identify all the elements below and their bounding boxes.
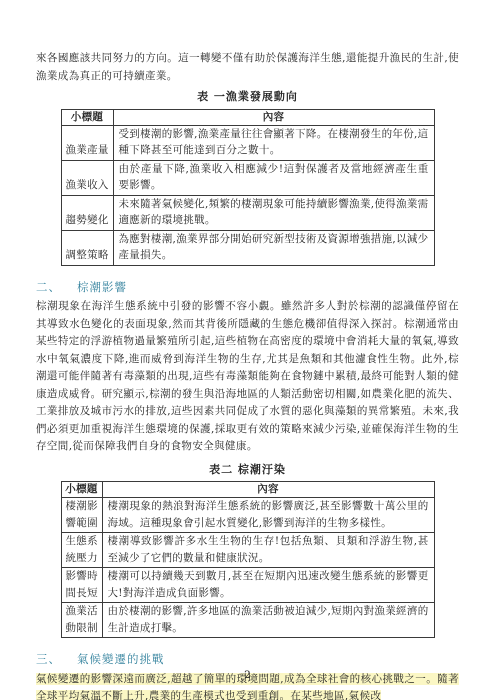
section2-number: 二、 bbox=[36, 280, 61, 294]
table1-title: 表 一漁業發展動向 bbox=[36, 88, 459, 106]
section2-paragraph: 棕潮現象在海洋生態系統中引發的影響不容小覷。雖然許多人對於棕潮的認識僅停留在其導… bbox=[36, 298, 459, 456]
table1-row1-label: 漁業產量 bbox=[61, 125, 113, 160]
table-row: 影響時間長短 棲潮可以持續幾天到數月,甚至在短期內迅速改變生態系統的影響更大!對… bbox=[61, 568, 434, 603]
table1-header-subtitle: 小標題 bbox=[61, 109, 113, 125]
table-row: 漁業產量 受到棲潮的影響,漁業產量往往會顯著下降。在棲潮發生的年份,這種下降甚至… bbox=[61, 125, 434, 160]
page-number: 2 bbox=[0, 667, 495, 685]
table2-row1-content: 棲潮現象的熱浪對海洋生態系統的影響廣泛,甚至影響數十萬公里的海域。這種現象會引起… bbox=[102, 498, 434, 533]
table2-row2-content: 棲潮導致影響許多水生生物的生存!包括魚類、貝類和浮游生物,甚至減少了它們的數量和… bbox=[102, 533, 434, 568]
table2-row4-label: 漁業活動限制 bbox=[61, 603, 102, 638]
table2-row2-label: 生態系統壓力 bbox=[61, 533, 102, 568]
table2-header-row: 小標題 內容 bbox=[61, 482, 434, 498]
table-row: 棲潮影響範圍 棲潮現象的熱浪對海洋生態系統的影響廣泛,甚至影響數十萬公里的海域。… bbox=[61, 498, 434, 533]
intro-paragraph: 來各國應該共同努力的方向。這一轉變不僅有助於保護海洋生態,還能提升漁民的生計,使… bbox=[36, 50, 459, 85]
table2-header-subtitle: 小標題 bbox=[61, 482, 102, 498]
table2-row1-label: 棲潮影響範圍 bbox=[61, 498, 102, 533]
table2: 小標題 內容 棲潮影響範圍 棲潮現象的熱浪對海洋生態系統的影響廣泛,甚至影響數十… bbox=[61, 481, 435, 638]
table1-row2-content: 由於產量下降,漁業收入相應減少!這對保護者及當地經濟產生重要影響。 bbox=[113, 160, 434, 195]
table2-header-content: 內容 bbox=[102, 482, 434, 498]
table1-header-content: 內容 bbox=[113, 109, 434, 125]
table-row: 調整策略 為應對棲潮,漁業界部分開始研究新型技術及資源增強措施,以減少產量損失。 bbox=[61, 230, 434, 265]
table-row: 趨勢變化 未來隨著氣候變化,頻繁的棲潮現象可能持續影響漁業,使得漁業需適應新的環… bbox=[61, 195, 434, 230]
table-row: 生態系統壓力 棲潮導致影響許多水生生物的生存!包括魚類、貝類和浮游生物,甚至減少… bbox=[61, 533, 434, 568]
table1-row3-content: 未來隨著氣候變化,頻繁的棲潮現象可能持續影響漁業,使得漁業需適應新的環境挑戰。 bbox=[113, 195, 434, 230]
table1-row3-label: 趨勢變化 bbox=[61, 195, 113, 230]
table1-row2-label: 漁業收入 bbox=[61, 160, 113, 195]
table-row: 漁業活動限制 由於棲潮的影響,許多地區的漁業活動被迫減少,短期內對漁業經濟的生計… bbox=[61, 603, 434, 638]
table1-header-row: 小標題 內容 bbox=[61, 109, 434, 125]
table2-row3-label: 影響時間長短 bbox=[61, 568, 102, 603]
table1-row4-label: 調整策略 bbox=[61, 230, 113, 265]
document-page: 來各國應該共同努力的方向。這一轉變不僅有助於保護海洋生態,還能提升漁民的生計,使… bbox=[0, 0, 495, 700]
table1: 小標題 內容 漁業產量 受到棲潮的影響,漁業產量往往會顯著下降。在棲潮發生的年份… bbox=[61, 109, 435, 266]
section3-number: 三、 bbox=[36, 652, 61, 666]
section3-title: 氣候變遷的挑戰 bbox=[77, 652, 165, 666]
table1-row4-content: 為應對棲潮,漁業界部分開始研究新型技術及資源增強措施,以減少產量損失。 bbox=[113, 230, 434, 265]
table2-row3-content: 棲潮可以持續幾天到數月,甚至在短期內迅速改變生態系統的影響更大!對海洋造成負面影… bbox=[102, 568, 434, 603]
table2-row4-content: 由於棲潮的影響,許多地區的漁業活動被迫減少,短期內對漁業經濟的生計造成打擊。 bbox=[102, 603, 434, 638]
table1-row1-content: 受到棲潮的影響,漁業產量往往會顯著下降。在棲潮發生的年份,這種下降甚至可能達到百… bbox=[113, 125, 434, 160]
table-row: 漁業收入 由於產量下降,漁業收入相應減少!這對保護者及當地經濟產生重要影響。 bbox=[61, 160, 434, 195]
section2-title: 棕潮影響 bbox=[77, 280, 127, 294]
table2-title: 表二 棕潮汙染 bbox=[36, 461, 459, 479]
section2-heading: 二、棕潮影響 bbox=[36, 279, 459, 297]
